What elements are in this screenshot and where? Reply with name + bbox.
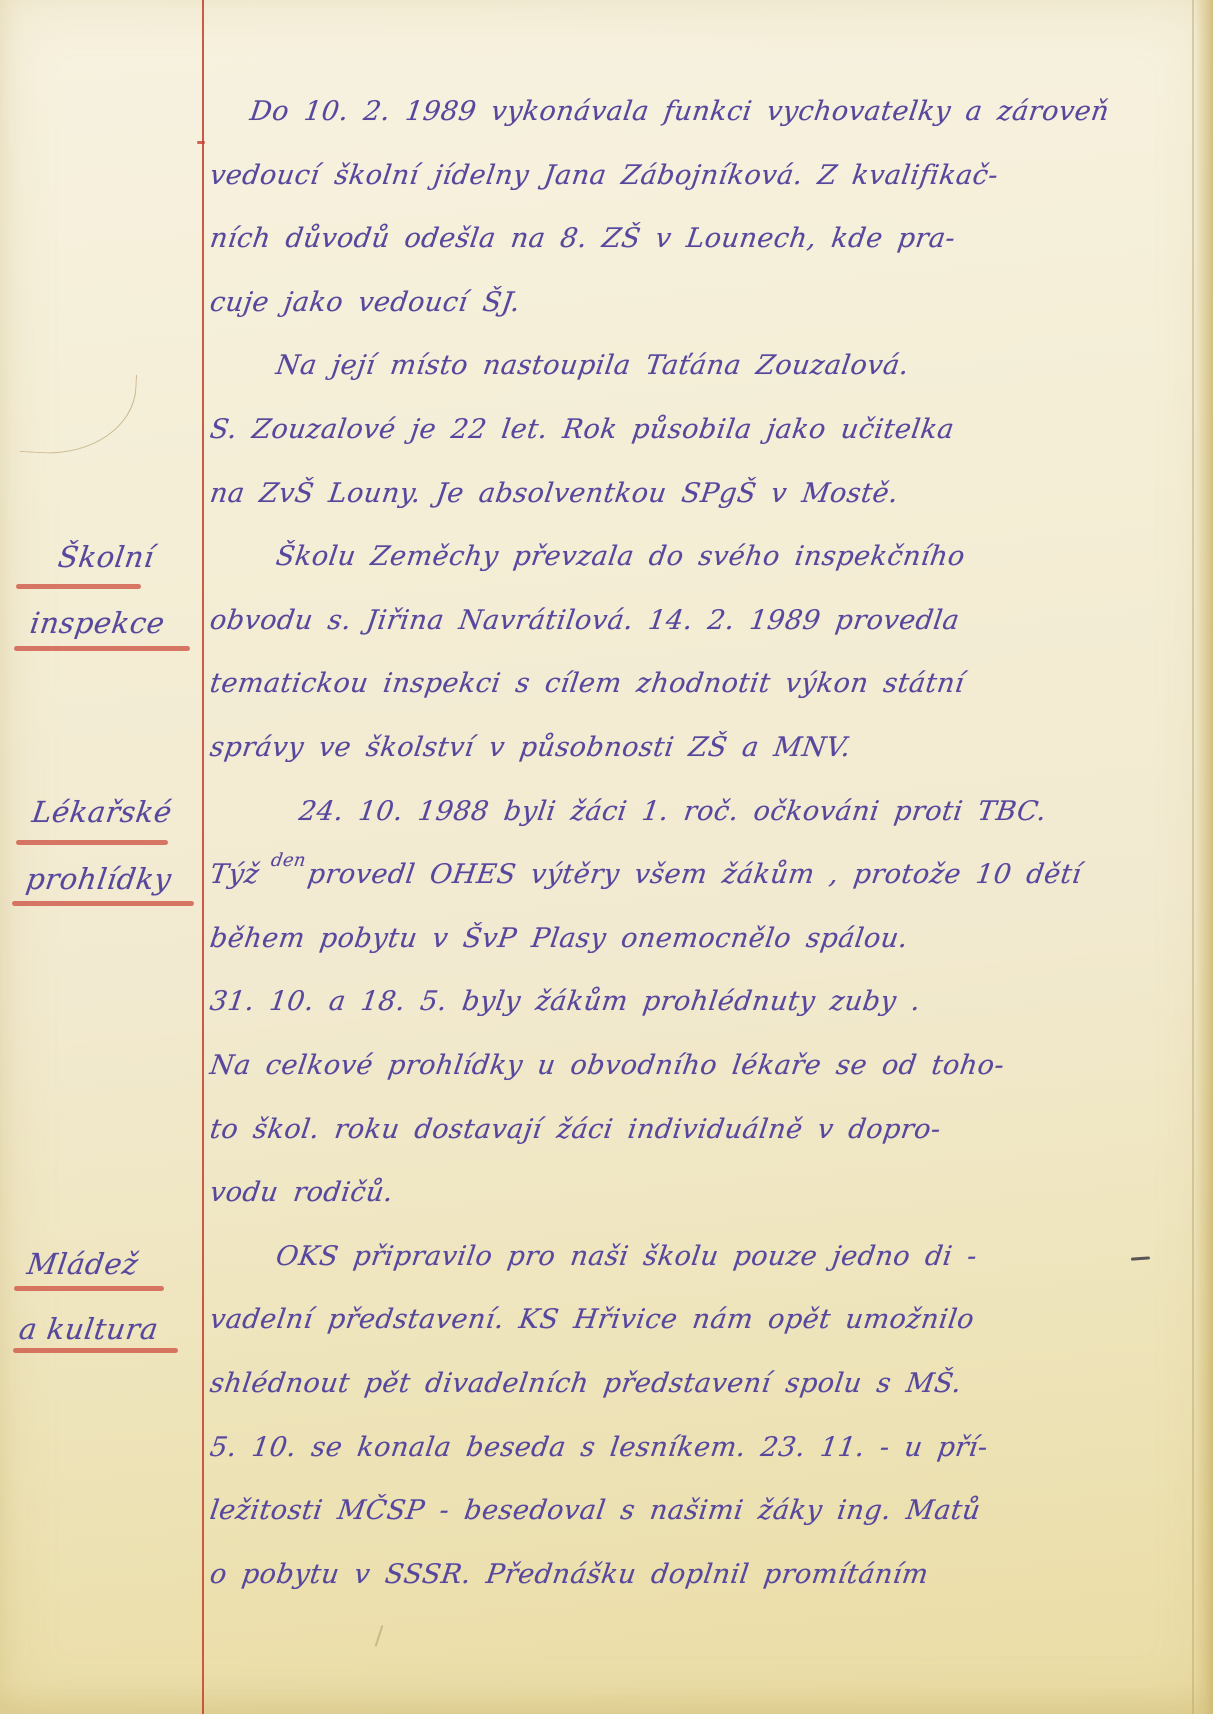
inserted-word-above-line: den: [270, 850, 308, 871]
margin-heading-word: Mládež: [25, 1247, 141, 1281]
page-curl-mark: [20, 369, 137, 458]
red-underline: [12, 901, 194, 906]
red-underline: [14, 646, 190, 651]
handwritten-line: to škol. roku dostavají žáci individuáln…: [208, 1114, 943, 1145]
red-tick-mark: [197, 141, 205, 144]
margin-heading-word: prohlídky: [24, 862, 174, 896]
handwritten-line: Školu Zeměchy převzala do svého inspekčn…: [274, 541, 967, 572]
handwritten-line: Na celkové prohlídky u obvodního lékaře …: [208, 1050, 1006, 1081]
handwritten-line: 5. 10. se konala beseda s lesníkem. 23. …: [208, 1432, 990, 1463]
handwritten-line: 24. 10. 1988 byli žáci 1. roč. očkováni …: [297, 796, 1049, 827]
handwritten-line: obvodu s. Jiřina Navrátilová. 14. 2. 198…: [208, 605, 961, 636]
handwritten-line: vedoucí školní jídelny Jana Zábojníková.…: [208, 160, 1000, 191]
handwritten-line: S. Zouzalové je 22 let. Rok působila jak…: [208, 414, 956, 445]
handwritten-line: správy ve školství v působnosti ZŠ a MNV…: [208, 732, 853, 763]
handwritten-line: Do 10. 2. 1989 vykonávala funkci vychova…: [248, 96, 1111, 127]
handwritten-line: OKS připravilo pro naši školu pouze jedn…: [274, 1241, 979, 1272]
handwritten-line: na ZvŠ Louny. Je absolventkou SPgŠ v Mos…: [208, 478, 900, 509]
handwritten-line: Týždenprovedl OHES výtěry všem žákům , p…: [208, 859, 1083, 890]
page-edge-shading: [1194, 0, 1213, 1714]
margin-heading-word: Lékařské: [30, 795, 174, 829]
handwritten-line: vodu rodičů.: [208, 1177, 395, 1208]
handwritten-line: 31. 10. a 18. 5. byly žákům prohlédnuty …: [208, 986, 923, 1017]
handwritten-line: cuje jako vedoucí ŠJ.: [208, 287, 522, 318]
chronicle-page: ŠkolníinspekceLékařsképrohlídkyMládeža k…: [0, 0, 1213, 1714]
handwritten-line: ležitosti MČSP - besedoval s našimi žáky…: [208, 1495, 983, 1526]
margin-heading-word: Školní: [56, 540, 157, 574]
red-underline: [16, 584, 141, 589]
red-underline: [13, 1348, 178, 1353]
line-text-after: provedl OHES výtěry všem žákům , protože…: [306, 859, 1084, 890]
red-underline: [16, 840, 168, 845]
line-text-before: Týž: [208, 859, 261, 890]
handwritten-line: o pobytu v SSSR. Přednášku doplnil promí…: [208, 1559, 930, 1590]
red-margin-rule: [202, 0, 204, 1714]
handwritten-line: tematickou inspekci s cílem zhodnotit vý…: [208, 668, 966, 699]
stray-pen-slash: [375, 1625, 384, 1647]
margin-heading-word: a kultura: [17, 1312, 161, 1346]
handwritten-line: ních důvodů odešla na 8. ZŠ v Lounech, k…: [208, 223, 957, 254]
handwritten-line: během pobytu v ŠvP Plasy onemocnělo spál…: [208, 923, 910, 954]
handwritten-line: Na její místo nastoupila Taťána Zouzalov…: [274, 350, 911, 381]
margin-heading-word: inspekce: [28, 606, 167, 640]
handwritten-line: vadelní představení. KS Hřivice nám opět…: [208, 1304, 976, 1335]
stray-ink-dash: [1131, 1256, 1150, 1260]
handwritten-line: shlédnout pět divadelních představení sp…: [208, 1368, 964, 1399]
red-underline: [14, 1286, 164, 1291]
